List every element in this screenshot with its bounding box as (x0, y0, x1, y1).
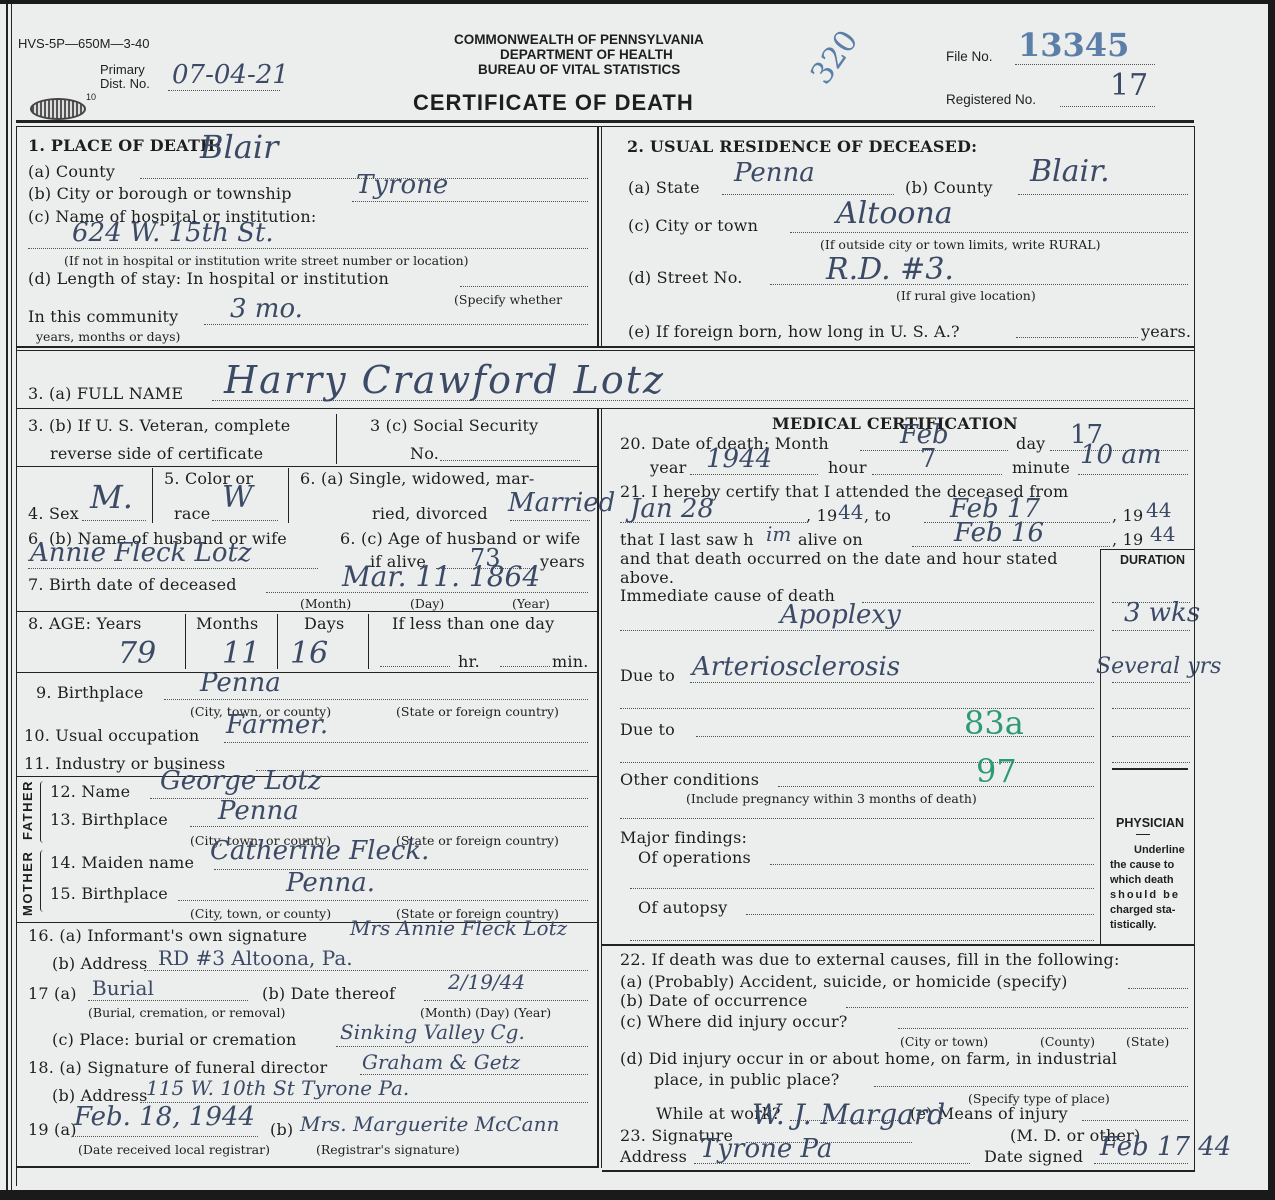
stay-label: (d) Length of stay: In hospital or insti… (28, 269, 389, 288)
foreign-born-unit: years. (1141, 322, 1191, 341)
father-name-label: 12. Name (50, 782, 130, 801)
informant-address-label: (b) Address (52, 954, 148, 973)
birthplace-sub-state: (State or foreign country) (396, 704, 559, 719)
external-c-label: (c) Where did injury occur? (620, 1012, 848, 1031)
left-border (6, 4, 8, 1190)
due-to-label-1: Due to (620, 666, 675, 685)
informant-signature-value: Mrs Annie Fleck Lotz (350, 916, 567, 940)
age-hours-field[interactable] (380, 666, 450, 667)
cause-code-2: 97 (976, 752, 1017, 790)
funeral-address-value: 115 W. 10th St Tyrone Pa. (146, 1076, 409, 1100)
father-side-label: FATHER (20, 780, 35, 840)
date-signed-label: Date signed (984, 1147, 1083, 1166)
death-county-value: Blair (200, 128, 278, 166)
occurred-label-1: and that death occurred on the date and … (620, 549, 1058, 568)
cause-code-1: 83a (964, 704, 1024, 742)
age-less-day-label: If less than one day (392, 614, 554, 633)
community-note: years, months or days) (36, 329, 180, 344)
due-to-value-1: Arteriosclerosis (692, 652, 900, 682)
death-city-value: Tyrone (356, 170, 448, 200)
due-to-duration-1: Several yrs (1096, 654, 1221, 679)
res-street-label: (d) Street No. (628, 268, 743, 287)
registered-no-label: Registered No. (946, 92, 1036, 107)
death-year-field[interactable] (690, 474, 818, 475)
disposition-label: 17 (a) (28, 984, 77, 1003)
ssn-field[interactable] (440, 460, 580, 461)
father-name-field[interactable] (150, 798, 588, 799)
funeral-director-field[interactable] (360, 1074, 588, 1075)
seal-number: 10 (86, 92, 96, 102)
registrar-value: Mrs. Marguerite McCann (300, 1112, 559, 1136)
agency-line-3: BUREAU OF VITAL STATISTICS (478, 62, 680, 77)
ssn-label-1: 3 (c) Social Security (370, 416, 538, 435)
mother-side-label: MOTHER (20, 851, 35, 916)
last-saw-pronoun: im (766, 522, 791, 546)
received-field[interactable] (72, 1136, 258, 1137)
year-prefix-1: , 19 (806, 506, 837, 525)
father-birthplace-field[interactable] (190, 826, 588, 827)
birthplace-field[interactable] (164, 699, 588, 700)
file-no-value: 13345 (1018, 26, 1129, 64)
place-of-death-heading: 1. PLACE OF DEATH: (28, 136, 221, 155)
external-d-field[interactable] (874, 1086, 1188, 1087)
right-border (1194, 126, 1195, 1172)
burial-date-sub: (Month) (Day) (Year) (420, 1005, 551, 1020)
physician-signature-value: W. J. Margard (752, 1098, 945, 1131)
hospital-note: (If not in hospital or institution write… (64, 253, 469, 268)
birthdate-label: 7. Birth date of deceased (28, 575, 237, 594)
mother-bp-sub-city: (City, town, or county) (190, 906, 331, 921)
registrar-sub: (Registrar's signature) (316, 1142, 460, 1157)
operations-label: Of operations (638, 848, 751, 867)
spouse-field[interactable] (28, 568, 318, 569)
date-signed-value: Feb 17 44 (1100, 1132, 1231, 1162)
physician-address-label: Address (620, 1147, 687, 1166)
age-minutes-field[interactable] (500, 666, 550, 667)
death-city-field[interactable] (352, 201, 588, 202)
occupation-value: Farmer. (226, 710, 328, 740)
external-c-sub-state: (State) (1126, 1034, 1169, 1049)
disposition-value: Burial (92, 976, 154, 1000)
file-no-label: File No. (946, 49, 993, 64)
res-city-note: (If outside city or town limits, write R… (820, 237, 1100, 252)
last-saw-label-1: that I last saw h (620, 530, 754, 549)
father-birthplace-label: 13. Birthplace (50, 810, 168, 829)
primary-dist-value: 07-04-21 (172, 60, 289, 90)
primary-dist-label: Primary (100, 62, 145, 77)
disposition-field[interactable] (88, 1000, 248, 1001)
sex-value: M. (90, 478, 133, 516)
residence-heading: 2. USUAL RESIDENCE OF DECEASED: (627, 137, 977, 156)
spouse-value: Annie Fleck Lotz (30, 538, 252, 568)
burial-date-value: 2/19/44 (448, 970, 525, 994)
marital-label-1: 6. (a) Single, widowed, mar- (300, 469, 534, 488)
race-value: W (222, 480, 253, 515)
ssn-label-2: No. (410, 444, 439, 463)
sex-field[interactable] (82, 520, 146, 521)
last-saw-label-2: alive on (798, 530, 863, 549)
death-year-label: year (650, 458, 687, 477)
immediate-duration-field[interactable] (1112, 630, 1190, 631)
birthplace-value: Penna (200, 668, 281, 698)
marital-field[interactable] (510, 520, 590, 521)
res-county-label: (b) County (905, 178, 993, 197)
age-months-value: 11 (222, 636, 260, 671)
res-street-note: (If rural give location) (896, 288, 1036, 303)
other-conditions-label: Other conditions (620, 770, 759, 789)
mother-maiden-label: 14. Maiden name (50, 853, 194, 872)
burial-date-field[interactable] (424, 1000, 588, 1001)
mother-birthplace-value: Penna. (286, 868, 375, 898)
age-years-value: 79 (118, 636, 156, 671)
external-a-label: (a) (Probably) Accident, suicide, or hom… (620, 972, 1068, 991)
veteran-label-2: reverse side of certificate (50, 444, 263, 463)
date-signed-field[interactable] (1094, 1163, 1188, 1164)
occupation-label: 10. Usual occupation (24, 726, 199, 745)
occurred-label-2: above. (620, 568, 674, 587)
burial-place-field[interactable] (336, 1046, 588, 1047)
page-title: CERTIFICATE OF DEATH (413, 90, 694, 116)
death-minute-value: 10 am (1080, 440, 1162, 470)
death-county-label: (a) County (28, 162, 115, 181)
foreign-born-field[interactable] (1016, 337, 1138, 338)
birthdate-sub-year: (Year) (512, 596, 550, 611)
agency-line-2: DEPARTMENT OF HEALTH (500, 47, 673, 62)
disposition-sub: (Burial, cremation, or removal) (88, 1005, 285, 1020)
due-to-label-2: Due to (620, 720, 675, 739)
immediate-cause-field[interactable] (620, 630, 1094, 631)
sex-label: 4. Sex (28, 504, 79, 523)
mother-maiden-field[interactable] (214, 869, 588, 870)
death-day-label: day (1016, 434, 1045, 453)
means-of-injury-field[interactable] (1082, 1120, 1188, 1121)
external-d-label-2: place, in public place? (654, 1070, 840, 1089)
left-border-inner (11, 4, 12, 1190)
physician-note-line: charged sta- (1110, 904, 1175, 916)
birthdate-sub-month: (Month) (300, 596, 351, 611)
other-conditions-note: (Include pregnancy within 3 months of de… (686, 791, 977, 806)
death-minute-label: minute (1012, 458, 1070, 477)
external-c-field[interactable] (898, 1028, 1188, 1029)
received-value: Feb. 18, 1944 (74, 1102, 255, 1132)
autopsy-field[interactable] (746, 914, 1094, 915)
res-street-value: R.D. #3. (826, 252, 954, 287)
birthplace-label: 9. Birthplace (36, 683, 144, 702)
dist-no-label: Dist. No. (100, 76, 150, 91)
death-city-label: (b) City or borough or township (28, 184, 292, 203)
mother-birthplace-label: 15. Birthplace (50, 884, 168, 903)
due-to-field-1[interactable] (690, 682, 1094, 683)
father-birthplace-value: Penna (218, 796, 299, 826)
full-name-label: 3. (a) FULL NAME (28, 384, 183, 403)
attended-to-year: 44 (1146, 498, 1171, 522)
informant-address-value: RD #3 Altoona, Pa. (158, 946, 353, 970)
last-saw-date: Feb 16 (954, 518, 1044, 548)
birthdate-value: Mar. 11. 1864 (342, 560, 540, 593)
mother-maiden-value: Catherine Fleck. (210, 836, 429, 866)
external-c-sub-city: (City or town) (900, 1034, 988, 1049)
occupation-field[interactable] (224, 742, 588, 743)
death-minute-field[interactable] (1078, 474, 1188, 475)
hospital-field[interactable] (28, 248, 588, 249)
union-label-seal-icon (30, 98, 86, 120)
burial-place-label: (c) Place: burial or cremation (52, 1030, 297, 1049)
physician-note-line: the cause to (1110, 859, 1174, 871)
death-hour-label: hour (828, 458, 867, 477)
year-prefix-3: , 19 (1112, 530, 1143, 549)
marital-label-2: ried, divorced (372, 504, 488, 523)
medical-heading: MEDICAL CERTIFICATION (772, 414, 1018, 433)
physician-note-line: which death (1110, 874, 1174, 886)
res-state-label: (a) State (628, 178, 700, 197)
hospital-value: 624 W. 15th St. (72, 218, 274, 248)
registered-no-value: 17 (1110, 68, 1148, 103)
received-sub: (Date received local registrar) (78, 1142, 270, 1157)
attended-from-year: 44 (838, 500, 863, 524)
stay-field[interactable] (460, 286, 588, 287)
received-label: 19 (a) (28, 1120, 77, 1139)
physician-note-line: tistically. (1110, 919, 1156, 931)
res-city-value: Altoona (836, 196, 953, 231)
foreign-born-label: (e) If foreign born, how long in U. S. A… (628, 322, 960, 341)
burial-place-value: Sinking Valley Cg. (340, 1020, 525, 1044)
res-county-field[interactable] (1018, 194, 1188, 195)
mother-birthplace-field[interactable] (178, 900, 588, 901)
birthdate-sub-day: (Day) (410, 596, 444, 611)
informant-signature-label: 16. (a) Informant's own signature (28, 926, 307, 945)
death-year-value: 1944 (706, 444, 772, 474)
race-field[interactable] (212, 520, 278, 521)
community-value: 3 mo. (230, 294, 303, 324)
external-a-field[interactable] (1128, 988, 1188, 989)
to-label: , to (864, 506, 891, 525)
external-b-field[interactable] (846, 1007, 1188, 1008)
burial-date-label: (b) Date thereof (262, 984, 395, 1003)
other-conditions-field[interactable] (778, 786, 1094, 787)
last-saw-year: 44 (1150, 522, 1175, 546)
autopsy-label: Of autopsy (638, 898, 728, 917)
res-state-value: Penna (734, 158, 815, 188)
hr-label: hr. (458, 652, 480, 671)
physician-address-value: Tyrone Pa (700, 1134, 832, 1164)
operations-field[interactable] (770, 864, 1094, 865)
immediate-duration-value: 3 wks (1124, 598, 1200, 628)
annotation-number: 320 (804, 24, 866, 91)
age-days-label: Days (304, 614, 344, 633)
external-b-label: (b) Date of occurrence (620, 991, 808, 1010)
registrar-label: (b) (270, 1120, 293, 1139)
marital-value: Married (508, 488, 615, 518)
full-name-value: Harry Crawford Lotz (224, 358, 665, 402)
agency-line-1: COMMONWEALTH OF PENNSYLVANIA (454, 32, 704, 47)
funeral-director-value: Graham & Getz (362, 1050, 520, 1074)
attended-from-value: Jan 28 (630, 494, 714, 524)
father-name-value: George Lotz (160, 766, 322, 796)
min-label: min. (552, 652, 588, 671)
age-days-value: 16 (290, 636, 328, 671)
death-certificate: HVS-5P—650M—3-40 Primary Dist. No. 07-04… (0, 4, 1268, 1190)
community-label: In this community (28, 307, 178, 326)
res-city-label: (c) City or town (628, 216, 758, 235)
year-prefix-2: , 19 (1112, 506, 1143, 525)
race-label-2: race (174, 504, 210, 523)
physician-note-line: should be (1110, 889, 1180, 901)
due-to-duration-field-1[interactable] (1112, 682, 1190, 683)
major-findings-label: Major findings: (620, 828, 747, 847)
funeral-director-label: 18. (a) Signature of funeral director (28, 1058, 327, 1077)
external-d-label-1: (d) Did injury occur in or about home, o… (620, 1049, 1117, 1068)
spouse-age-unit: years (540, 552, 585, 571)
form-code: HVS-5P—650M—3-40 (18, 36, 150, 51)
death-hour-field[interactable] (872, 474, 1002, 475)
veteran-label-1: 3. (b) If U. S. Veteran, complete (28, 416, 290, 435)
res-city-field[interactable] (790, 232, 1188, 233)
physician-note-line: Underline (1134, 844, 1185, 856)
immediate-cause-value: Apoplexy (780, 600, 901, 630)
duration-heading: DURATION (1120, 553, 1185, 567)
age-years-label: 8. AGE: Years (28, 614, 141, 633)
res-county-value: Blair. (1030, 154, 1110, 189)
spouse-age-label-1: 6. (c) Age of husband or wife (340, 529, 580, 548)
res-state-field[interactable] (722, 194, 894, 195)
external-c-sub-county: (County) (1040, 1034, 1095, 1049)
community-field[interactable] (204, 324, 588, 325)
physician-heading: PHYSICIAN (1116, 816, 1184, 830)
age-months-label: Months (196, 614, 258, 633)
due-to-field-2[interactable] (696, 736, 1094, 737)
stay-note: (Specify whether (454, 292, 562, 307)
death-hour-value: 7 (920, 444, 937, 474)
external-heading: 22. If death was due to external causes,… (620, 950, 1120, 969)
